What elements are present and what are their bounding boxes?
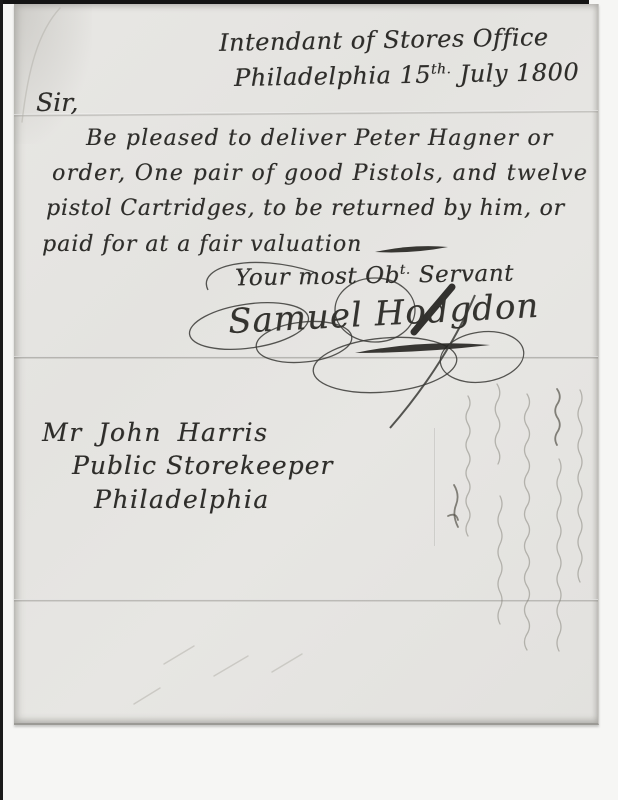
flourish-underline-heavy (355, 343, 490, 353)
scan-border-left (0, 0, 3, 800)
valediction: Your most Obt. Servant (235, 261, 514, 292)
docket-column (557, 459, 561, 651)
date-superscript: th. (431, 61, 452, 77)
docket-column (495, 384, 500, 464)
body-line: Be pleased to deliver Peter Hagner or (86, 126, 553, 151)
body-line: pistol Cartridges, to be returned by him… (46, 196, 565, 221)
docket-column (555, 389, 560, 445)
scan-background: { "colors": { "ink": "#2e2d2a", "paper":… (0, 0, 618, 800)
valediction-post: Servant (411, 261, 515, 289)
address-line: Mr John Harris (42, 418, 269, 447)
flourish-loop-right (437, 326, 527, 387)
body-line: paid for at a fair valuation (42, 232, 362, 257)
office-header-line: Intendant of Stores Office (219, 23, 549, 57)
place-date-pre: Philadelphia 15 (234, 61, 431, 92)
address-line: Public Storekeeper (72, 451, 333, 480)
bleedthrough-strokes-bottom (134, 646, 302, 704)
docket-column (498, 496, 502, 624)
valediction-superscript: t. (400, 263, 411, 278)
letter-paper: Intendant of Stores Office Philadelphia … (14, 4, 599, 725)
valediction-pre: Your most Ob (235, 263, 400, 292)
body-line: order, One pair of good Pistols, and twe… (52, 161, 588, 186)
docket-column (466, 396, 470, 536)
date-rest: July 1800 (451, 58, 579, 88)
salutation: Sir, (36, 88, 78, 117)
ink-flourish-layer (14, 4, 598, 724)
docket-column (525, 394, 530, 650)
address-line: Philadelphia (94, 485, 270, 514)
docket-column (578, 390, 582, 582)
docket-numeral-mark (448, 515, 458, 520)
valuation-dash-stroke (375, 246, 448, 252)
docket-numeral-mark (454, 485, 458, 527)
